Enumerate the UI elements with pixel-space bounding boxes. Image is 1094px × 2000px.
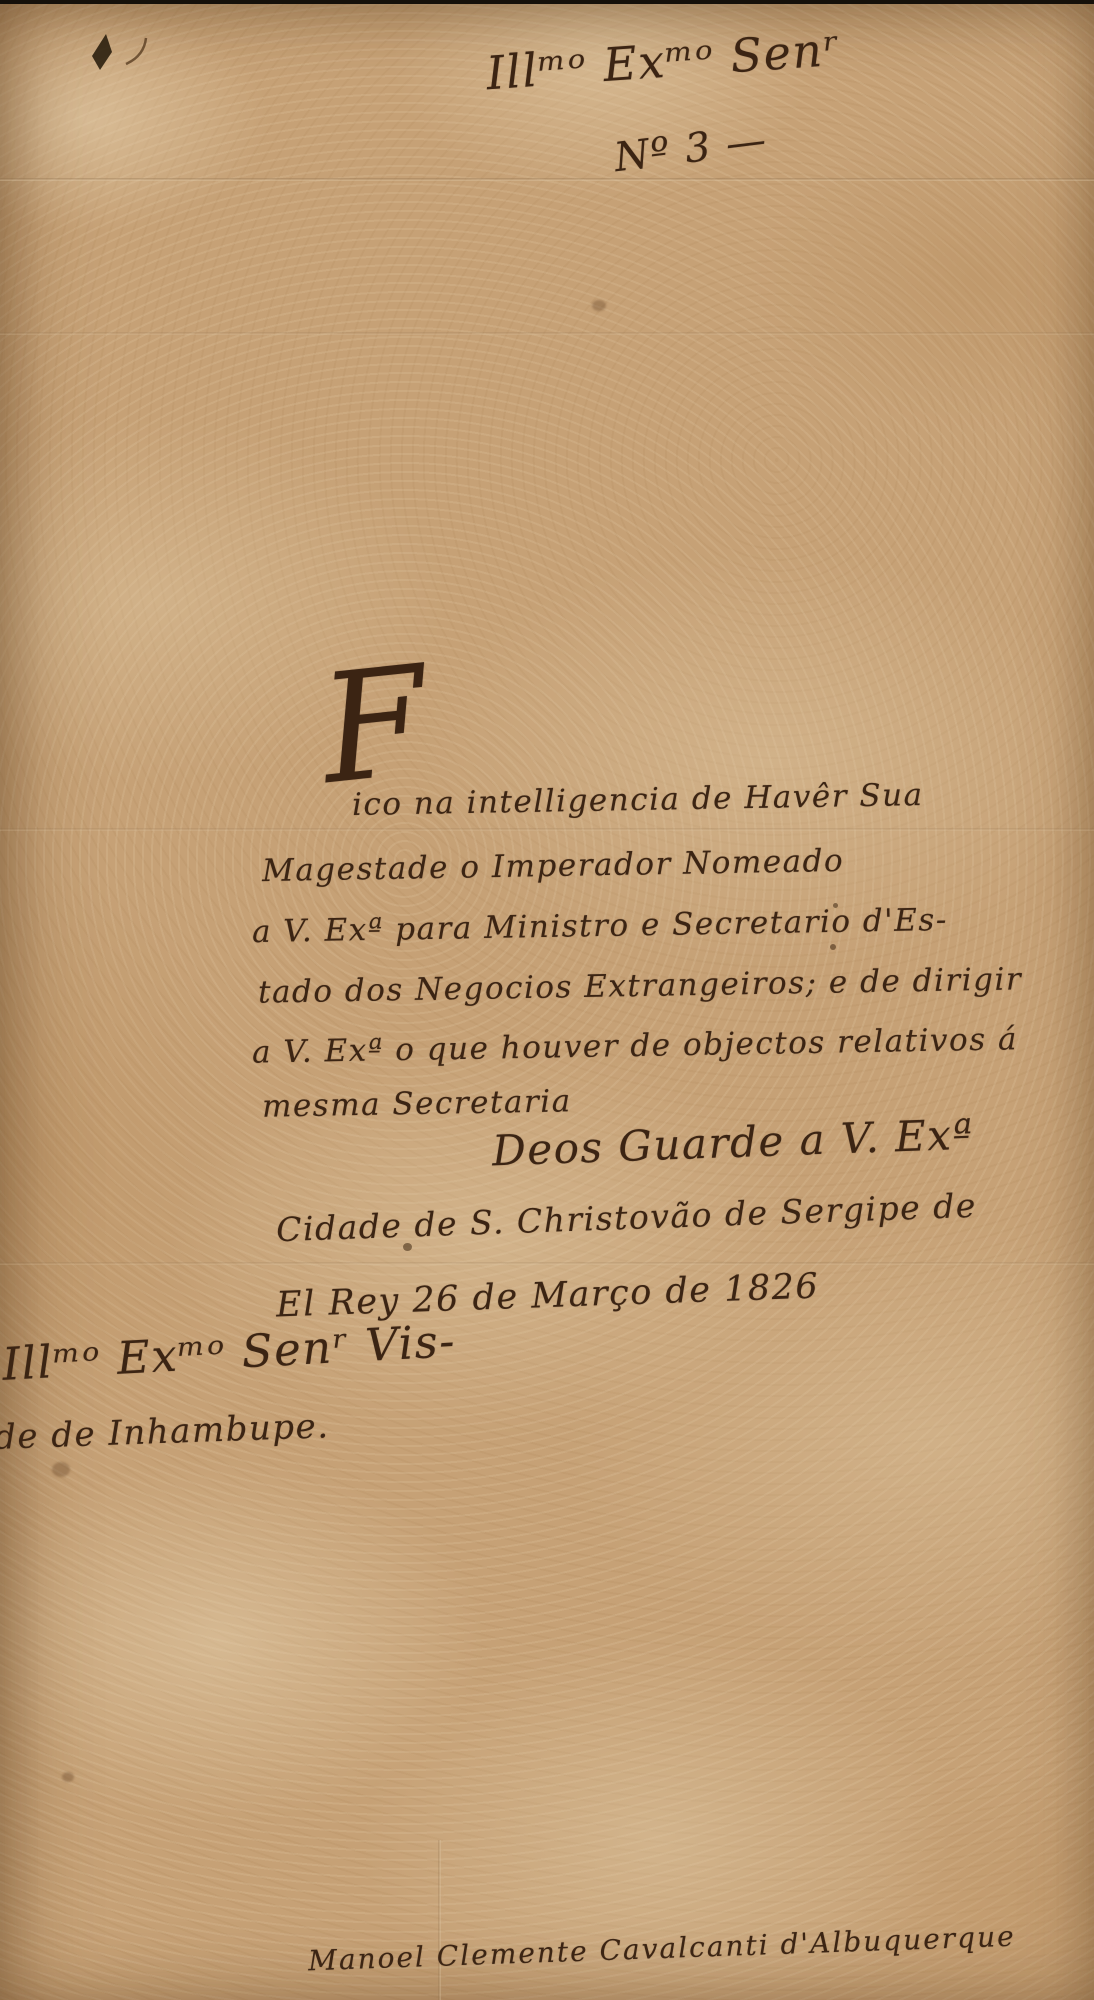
valediction: Deos Guarde a V. Exª (491, 1110, 974, 1176)
stain (62, 1772, 74, 1782)
drop-cap-initial: F (316, 661, 434, 791)
date-line: El Rey 26 de Março de 1826 (275, 1267, 819, 1326)
addressee-line-2: de de Inhambupe. (0, 1406, 330, 1458)
body-line: a V. Exª para Ministro e Secretario d'Es… (252, 902, 948, 950)
tear-mark (86, 26, 156, 76)
fold-crease (0, 178, 1094, 181)
addressee-line-1: Illᵐᵒ Exᵐᵒ Senʳ Vis- (1, 1314, 457, 1391)
fold-crease (0, 828, 1094, 831)
place-line: Cidade de S. Christovão de Sergipe de (276, 1186, 978, 1249)
salutation-heading: Illᵐᵒ Exᵐᵒ Senʳ (485, 22, 843, 101)
signature: Manoel Clemente Cavalcanti d'Albuquerque (308, 1920, 1017, 1978)
stain (592, 300, 606, 311)
document-number: Nº 3 — (612, 117, 770, 181)
ink-blot (830, 944, 836, 950)
fold-crease (0, 332, 1094, 335)
scan-edge-top (0, 0, 1094, 4)
body-line: tado dos Negocios Extrangeiros; e de dir… (258, 961, 1023, 1010)
fold-crease (0, 1262, 1094, 1265)
manuscript-page: Illᵐᵒ Exᵐᵒ Senʳ Nº 3 — F ico na intellig… (0, 0, 1094, 2000)
stain (52, 1462, 70, 1477)
fold-crease-vertical (438, 1840, 441, 2000)
body-line: Magestade o Imperador Nomeado (262, 843, 845, 889)
body-line: ico na intelligencia de Havêr Sua (352, 777, 924, 823)
body-line: a V. Exª o que houver de objectos relati… (252, 1021, 1018, 1070)
body-line: mesma Secretaria (262, 1083, 572, 1124)
